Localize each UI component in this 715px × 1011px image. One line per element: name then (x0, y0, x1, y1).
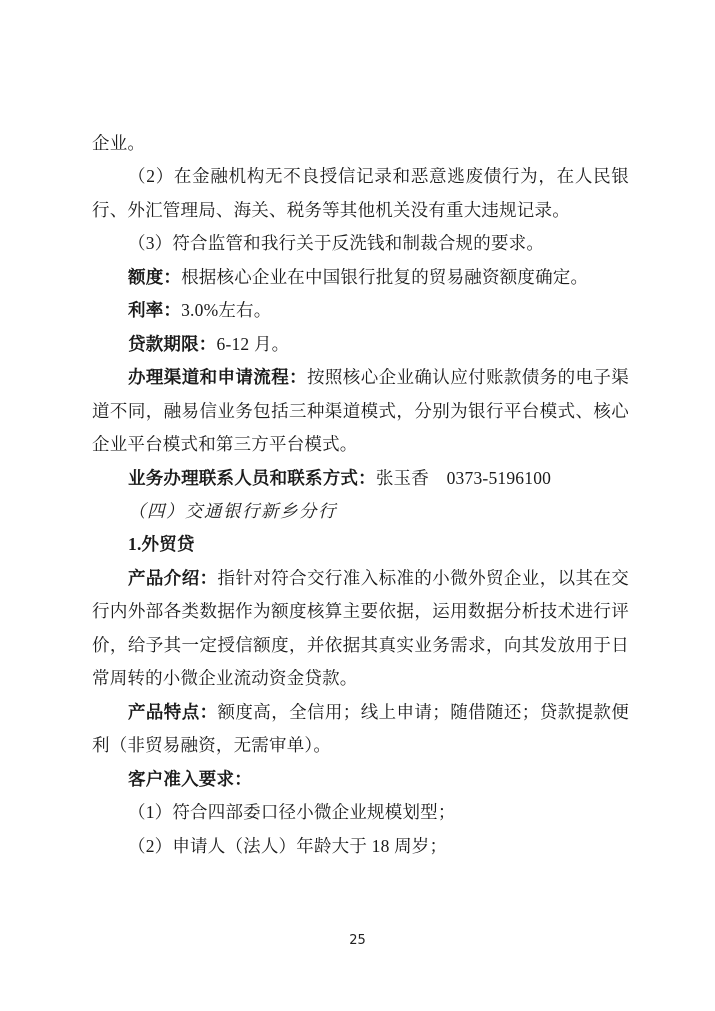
para-loan-term: 贷款期限：6-12 月。 (92, 328, 629, 361)
section-heading-bank-4: （四）交通银行新乡分行 (92, 495, 629, 528)
para-access-requirement-1: （1）符合四部委口径小微企业规模划型； (92, 796, 629, 829)
paragraph-label: 办理渠道和申请流程： (128, 367, 307, 387)
page-number: 25 (0, 933, 715, 948)
para-access-requirement-2: （2）申请人（法人）年龄大于 18 周岁； (92, 830, 629, 863)
document-page: 企业。 （2）在金融机构无不良授信记录和恶意逃废债行为，在人民银行、外汇管理局、… (0, 0, 715, 1011)
para-channels-process: 办理渠道和申请流程：按照核心企业确认应付账款债务的电子渠道不同，融易信业务包括三… (92, 361, 629, 461)
para-enterprise-tail: 企业。 (92, 127, 629, 160)
paragraph-text: （2）申请人（法人）年龄大于 18 周岁； (128, 836, 447, 856)
para-interest-rate: 利率：3.0%左右。 (92, 294, 629, 327)
para-product-intro: 产品介绍：指针对符合交行准入标准的小微外贸企业，以其在交行内外部各类数据作为额度… (92, 562, 629, 696)
paragraph-text: 根据核心企业在中国银行批复的贸易融资额度确定。 (181, 267, 588, 287)
heading-customer-requirements: 客户准入要求： (92, 763, 629, 796)
paragraph-text: （四）交通银行新乡分行 (128, 501, 337, 521)
paragraph-text: 张玉香 0373-5196100 (376, 468, 551, 488)
para-requirement-2: （2）在金融机构无不良授信记录和恶意逃废债行为，在人民银行、外汇管理局、海关、税… (92, 160, 629, 227)
para-quota: 额度：根据核心企业在中国银行批复的贸易融资额度确定。 (92, 261, 629, 294)
paragraph-label: 产品介绍： (128, 568, 218, 588)
paragraph-text: 企业。 (92, 133, 145, 153)
paragraph-label: 利率： (128, 300, 181, 320)
para-contact: 业务办理联系人员和联系方式：张玉香 0373-5196100 (92, 462, 629, 495)
paragraph-text: （2）在金融机构无不良授信记录和恶意逃废债行为，在人民银行、外汇管理局、海关、税… (92, 166, 629, 219)
paragraph-label: 1.外贸贷 (128, 534, 195, 554)
para-requirement-3: （3）符合监管和我行关于反洗钱和制裁合规的要求。 (92, 227, 629, 260)
paragraph-label: 产品特点： (128, 702, 218, 722)
paragraph-label: 业务办理联系人员和联系方式： (128, 468, 376, 488)
para-product-features: 产品特点：额度高，全信用；线上申请；随借随还；贷款提款便利（非贸易融资，无需审单… (92, 696, 629, 763)
document-body: 企业。 （2）在金融机构无不良授信记录和恶意逃废债行为，在人民银行、外汇管理局、… (92, 127, 629, 863)
paragraph-text: 3.0%左右。 (181, 300, 271, 320)
product-heading-waimaodai: 1.外贸贷 (92, 528, 629, 561)
paragraph-text: （1）符合四部委口径小微企业规模划型； (128, 802, 456, 822)
paragraph-text: （3）符合监管和我行关于反洗钱和制裁合规的要求。 (128, 233, 544, 253)
paragraph-label: 客户准入要求： (128, 769, 252, 789)
paragraph-text: 6-12 月。 (217, 334, 290, 354)
paragraph-label: 贷款期限： (128, 334, 217, 354)
paragraph-label: 额度： (128, 267, 181, 287)
